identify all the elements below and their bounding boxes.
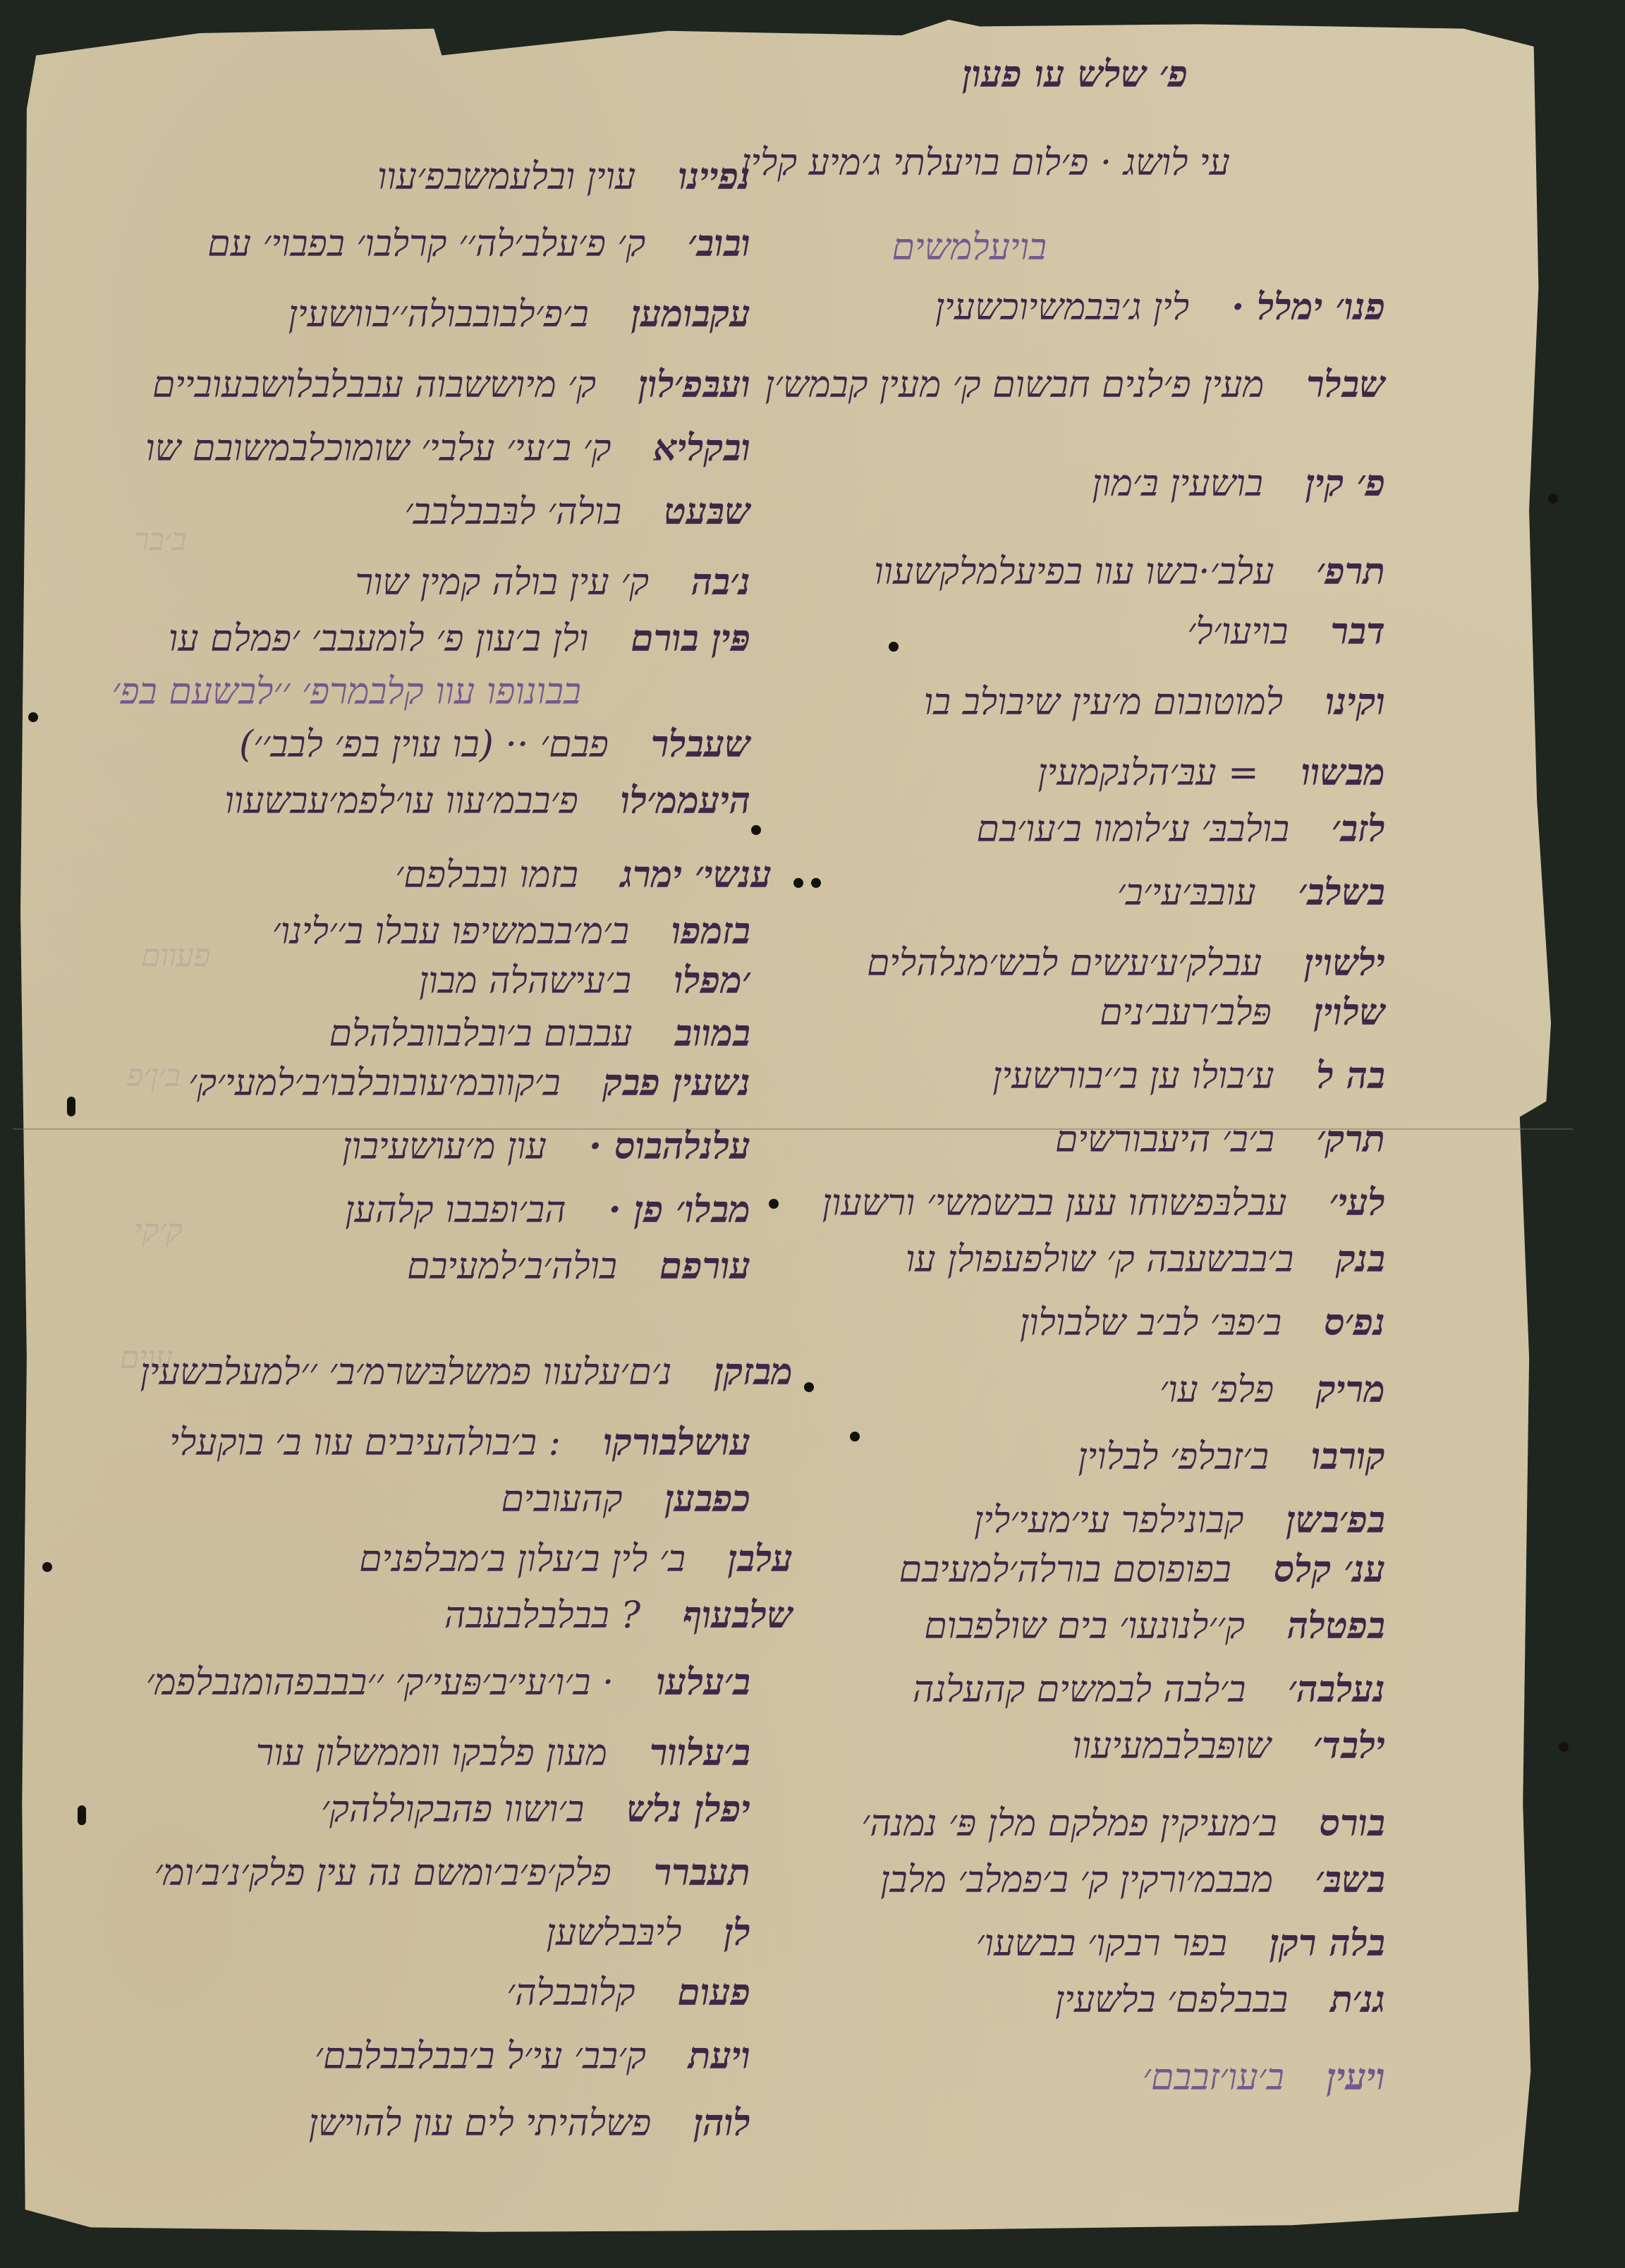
entry-row: דברבויעו׳ל׳ — [1187, 614, 1385, 650]
entry-row: בשבּ׳מבבמ׳ורקין ק׳ ב׳פמלב׳ מלבן — [880, 1862, 1385, 1898]
entry-headword: ב׳עלוור — [650, 1731, 750, 1774]
entry-row: ויעיןב׳עו׳זבבם׳ — [1143, 2059, 1385, 2096]
entry-headword: במווב — [674, 1012, 750, 1055]
entry-gloss: נ׳ם׳עלעוו פמשלבּשרמ׳ב׳ ׳׳למעלבשעין — [140, 1351, 672, 1394]
entry-row: שבלרמעין פ׳לנים חבשום ק׳ מעין קבמש׳ן — [765, 367, 1385, 403]
entry-gloss: למוטובום מ׳עין שיבולב בו — [924, 681, 1283, 724]
entry-gloss: שופּבלבמעיעוו — [1072, 1725, 1271, 1767]
entry-row: תעבררפלק׳פ׳ב׳ומשם נה עין פלק׳נ׳ב׳ומ׳ — [154, 1855, 750, 1891]
entry-row: לעי׳עבלבּפשוחו עען בבשמשי׳ ורשעון — [822, 1185, 1385, 1221]
entry-gloss: ב׳קוובמ׳עובובלבו׳ב׳למעי׳ק׳ — [188, 1062, 560, 1104]
entry-row: פּין בורםולן ב׳עון פ׳ לומעבב׳ ׳פמלם עו — [169, 621, 750, 657]
entry-gloss: הב׳ופבבו קלהען — [345, 1189, 566, 1231]
entry-row: ויעתק׳בב׳ עי׳ל ב׳בבלבבלבם׳ — [315, 2038, 750, 2075]
entry-headword: ׳מפלו — [674, 959, 750, 1002]
ink-dot — [793, 878, 803, 888]
entry-row: ב׳עלוורמעון פלבקו ווממשלון עור — [256, 1735, 750, 1772]
entry-row: היעממ׳לופ׳בבמ׳עוו עו׳לפמ׳עבשעוו — [224, 783, 750, 819]
entry-headword: כפבען — [665, 1477, 750, 1520]
entry-headword: ויעת — [688, 2035, 750, 2078]
entry-row: תרק׳ב׳ב׳ היעבורשים — [1055, 1121, 1385, 1158]
entry-headword: מריק — [1316, 1368, 1385, 1411]
entry-headword: בה ל — [1317, 1054, 1385, 1097]
entry-headword: עלבן — [728, 1537, 793, 1580]
entry-headword: שבלר — [1306, 363, 1385, 406]
entry-headword: בלה רקן — [1270, 1922, 1385, 1965]
entry-headword: עקבומען — [631, 293, 750, 336]
entry-row: מריקפלפ׳ עו׳ — [1160, 1372, 1385, 1408]
entry-headword: בפטלה — [1287, 1604, 1385, 1647]
ink-dot — [769, 1199, 779, 1209]
entry-gloss: ב׳לבה לבמשים קהעלנה — [913, 1669, 1246, 1711]
entry-row: נשעין פבקב׳קוובמ׳עובובלבו׳ב׳למעי׳ק׳ — [188, 1065, 750, 1102]
entry-gloss: = עבּ׳הלנקמעין — [1037, 752, 1258, 794]
entry-row: נפיינועוין ובלעמשבפ׳עוו — [377, 159, 750, 195]
entry-row: נ׳בהק׳ עין בולה קמין שור — [355, 564, 750, 601]
entry-headword: ויעין — [1327, 2056, 1385, 2099]
entry-gloss: ק׳ פ׳עלב׳לה׳׳ קרלבו׳ בפבוי׳ עם — [207, 223, 645, 265]
entry-row: ענ׳ קלסבפופוסם בורלה׳למעיבם — [899, 1551, 1385, 1588]
entry-gloss: ק׳ עין בולה קמין שור — [355, 561, 649, 604]
entry-row: גנ׳תבבבלפם׳ בלשעין — [1055, 1982, 1385, 2018]
entry-headword: נ׳בה — [691, 561, 750, 604]
entry-gloss: בולה׳ לבּבבלבב׳ — [405, 491, 622, 533]
entry-gloss: ק׳ ב׳עי׳ עלבי׳ שומוכלבמשובם שו — [145, 427, 611, 470]
entry-headword: עושלבורקו — [603, 1421, 750, 1464]
entry-headword: ילבד׳ — [1313, 1724, 1385, 1767]
entry-gloss: ? בבלבלבעבה — [444, 1595, 640, 1637]
entry-row: ילשויןעבלק׳ע׳עשים לבש׳מנלהלים — [867, 945, 1385, 982]
entry-row: תרפ׳עלב׳·בשו עוו בפיעלמלקשעוו — [874, 554, 1385, 590]
entry-headword: מבשוו — [1301, 751, 1385, 794]
entry-gloss: בושעין בּ׳מון — [1092, 463, 1262, 505]
entry-headword: פּין בורם — [631, 617, 750, 660]
ink-mark — [78, 1805, 86, 1825]
header-line: עי לושג · פ׳לום בויעלתי ג׳מיע קלין — [741, 145, 1230, 181]
entry-row: לןליבּבלשען — [547, 1915, 750, 1951]
entry-headword: דבר — [1330, 610, 1385, 653]
entry-headword: לעי׳ — [1329, 1181, 1385, 1224]
entry-headword: נפיינו — [678, 155, 750, 198]
entry-gloss: ב׳בבשעבה ק׳ שולפעפולן עו — [906, 1238, 1294, 1281]
entry-gloss: בולה׳ב׳למעיבם — [407, 1245, 617, 1288]
entry-row: נפ׳סב׳פבּ׳ לב׳ב שלבולון — [1020, 1305, 1385, 1341]
entry-row: במוובעבבום ב׳ובלבוובלהלם — [329, 1016, 750, 1052]
entry-headword: קורבו — [1311, 1435, 1385, 1478]
entry-row: בה לע׳בולו ען ב׳׳בורשעין — [992, 1058, 1385, 1095]
entry-headword: שעבלר — [651, 723, 750, 766]
entry-gloss: מעין פ׳לנים חבשום ק׳ מעין קבמש׳ן — [765, 364, 1265, 406]
entry-row: ובוב׳ק׳ פ׳עלב׳לה׳׳ קרלבו׳ בפבוי׳ עם — [207, 226, 750, 262]
entry-gloss: קבונילפר עי׳מעי׳לין — [974, 1499, 1244, 1542]
entry-row: לזב׳בולבבּ׳ ע׳לומוו ב׳עו׳בם — [976, 811, 1385, 848]
entry-gloss: עון מ׳עושעיבון — [342, 1126, 547, 1168]
entry-headword: עורפם — [659, 1245, 750, 1288]
entry-headword: ענ׳ קלס — [1274, 1548, 1385, 1591]
ink-dot — [811, 878, 821, 888]
entry-headword: מבלו׳ פן · — [609, 1188, 750, 1231]
entry-headword: וקינו — [1325, 681, 1385, 724]
ink-dot — [42, 1562, 52, 1572]
entry-gloss: פלפ׳ עו׳ — [1160, 1369, 1274, 1411]
entry-headword: תרפ׳ — [1316, 550, 1385, 593]
entry-gloss: ב׳עישהלה מבון — [419, 960, 631, 1002]
entry-headword: שבּעט — [664, 490, 750, 533]
entry-row: נעלבה׳ב׳לבה לבמשים קהעלנה — [913, 1671, 1385, 1708]
entry-gloss: קלובבלה׳ — [506, 1972, 635, 2014]
entry-gloss: פ׳בבמ׳עוו עו׳לפמ׳עבשעוו — [224, 780, 578, 822]
entry-row: עושלבורקו: ב׳בולהעיבים עוו ב׳ בוקעלי — [169, 1425, 750, 1461]
entry-row: בשלב׳עובבּ׳עי׳ב׳ — [1117, 874, 1385, 911]
ink-dot — [751, 825, 761, 835]
entry-headword: גנ׳ת — [1330, 1978, 1385, 2021]
entry-headword: ובקליא — [653, 427, 750, 470]
entry-gloss: ק׳׳לנונעו׳ בים שולפבום — [924, 1605, 1245, 1647]
entry-gloss: ק׳בב׳ עי׳ל ב׳בבלבבלבם׳ — [315, 2035, 646, 2078]
entry-headword: נעלבה׳ — [1288, 1668, 1385, 1711]
entry-gloss: ב׳זבלפ׳ לבלוין — [1078, 1436, 1269, 1478]
entry-gloss: ולן ב׳עון פ׳ לומעבב׳ ׳פמלם עו — [169, 618, 588, 660]
entry-row: שבּעטבולה׳ לבּבבלבב׳ — [405, 494, 750, 530]
entry-gloss: בפופוסם בורלה׳למעיבם — [899, 1549, 1231, 1591]
entry-gloss: בבבלפם׳ בלשעין — [1055, 1979, 1288, 2021]
entry-headword: תעברר — [654, 1851, 750, 1894]
header-line: בויעלמשים — [892, 229, 1047, 266]
show-through-text: פעוום — [141, 938, 210, 974]
entry-row: ב׳עלעו· ב׳ו׳עי׳ב׳פּעי׳ק׳ ׳׳בבבפהומנבלפמ׳ — [146, 1664, 750, 1701]
entry-headword: פ׳ קין — [1306, 462, 1385, 505]
entry-headword: נפ׳ס — [1324, 1301, 1385, 1344]
entry-gloss: ליבּבלשען — [547, 1912, 682, 1954]
ink-dot — [850, 1432, 860, 1441]
entry-row: עלנלהבוס ·עון מ׳עושעיבון — [342, 1128, 750, 1165]
entry-row: בפ׳בשןקבונילפר עי׳מעי׳לין — [974, 1502, 1385, 1539]
entry-headword: שלוין — [1314, 991, 1385, 1034]
entry-row: קורבוב׳זבלפ׳ לבלוין — [1078, 1439, 1385, 1475]
entry-headword: ב׳עלעו — [656, 1661, 750, 1704]
entry-gloss: פשלהיתי לים עון להוישן — [309, 2102, 652, 2145]
entry-row: יפלן נלשב׳ושוו פהבקוללהק׳ — [321, 1791, 750, 1828]
entry-row: בבונופו עוו קלבמרפ׳ ׳׳לבשעם בפ׳ — [111, 673, 623, 710]
entry-headword: בשבּ׳ — [1315, 1858, 1385, 1901]
ink-dot — [1548, 494, 1558, 504]
entry-headword: בורס — [1320, 1802, 1386, 1845]
entry-gloss: עלב׳·בשו עוו בפיעלמלקשעוו — [874, 551, 1274, 593]
entry-headword: מבזקן — [714, 1351, 793, 1394]
entry-gloss: ב׳מעיקין פמלקם מלן פּ׳ נמנה׳ — [861, 1803, 1277, 1845]
entry-headword: נשעין פבק — [603, 1061, 750, 1104]
ink-mark — [67, 1097, 75, 1116]
entry-headword: ועבּפ׳לון — [638, 363, 750, 406]
entry-gloss: ב׳ב׳ היעבורשים — [1055, 1118, 1274, 1161]
entry-gloss: ק׳ מיוששבוה עבבלבלושבעוביים — [152, 364, 596, 406]
entry-row: בנקב׳בבשעבה ק׳ שולפעפולן עו — [906, 1241, 1385, 1278]
entry-row: פנו׳ ימלל ·לין ג׳בּבמשיוכשעין — [935, 289, 1385, 326]
entry-gloss: מבבמ׳ורקין ק׳ ב׳פמלב׳ מלבן — [880, 1859, 1273, 1901]
entry-headword: יפלן נלש — [626, 1788, 750, 1831]
entry-gloss: פבם׳ ·· (בו עוין בפ׳ לבב׳׳) — [239, 724, 609, 766]
entry-row: ענשי׳ ימרגבזמו ובבלפם׳ — [395, 857, 772, 894]
entry-row: בורסב׳מעיקין פמלקם מלן פּ׳ נמנה׳ — [861, 1805, 1385, 1842]
entry-row: מבזקןנ׳ם׳עלעוו פמשלבּשרמ׳ב׳ ׳׳למעלבשעין — [140, 1354, 793, 1391]
entry-gloss: בזמו ובבלפם׳ — [395, 854, 578, 896]
entry-gloss: עבלק׳ע׳עשים לבש׳מנלהלים — [867, 942, 1262, 984]
entry-row: פעוםקלובבלה׳ — [506, 1975, 750, 2011]
entry-gloss: ב׳פ׳לבובבולה׳׳בוושעין — [288, 293, 589, 336]
show-through-text: ב׳בר — [134, 522, 186, 558]
entry-gloss: : ב׳בולהעיבים עוו ב׳ בוקעלי — [169, 1422, 561, 1464]
entry-headword: בשלב׳ — [1298, 871, 1385, 914]
entry-row: בפטלהק׳׳לנונעו׳ בים שולפבום — [924, 1608, 1385, 1645]
entry-headword: ובוב׳ — [688, 222, 750, 265]
entry-gloss: ב׳ושוו פהבקוללהק׳ — [321, 1788, 584, 1831]
entry-headword: לזב׳ — [1332, 807, 1385, 850]
entry-row: בלה רקןבפר רבקו׳ בבשעו׳ — [976, 1925, 1385, 1962]
entry-gloss: עבבום ב׳ובלבוובלהלם — [329, 1013, 633, 1055]
entry-gloss: עוין ובלעמשבפ׳עוו — [377, 156, 635, 198]
entry-row: ילבד׳שופּבלבמעיעוו — [1072, 1728, 1385, 1764]
entry-headword: ילשוין — [1304, 941, 1385, 984]
entry-headword: עלנלהבוס · — [589, 1125, 750, 1168]
ink-dot — [804, 1382, 814, 1392]
entry-row: ובקליאק׳ ב׳עי׳ עלבי׳ שומוכלבמשובם שו — [145, 430, 750, 467]
show-through-text: ב׳ן׳פ — [127, 1058, 181, 1094]
ink-dot — [889, 642, 899, 652]
entry-row: עקבומעןב׳פ׳לבובבולה׳׳בוושעין — [288, 296, 750, 333]
entry-gloss: בויעו׳ל׳ — [1187, 611, 1288, 653]
show-through-text: ק׳קי — [134, 1213, 183, 1249]
entry-headword: פעום — [678, 1971, 750, 2014]
entry-row: מבלו׳ פן ·הב׳ופבבו קלהען — [345, 1192, 750, 1228]
entry-gloss: קהעובים — [501, 1478, 622, 1520]
entry-row: עלבןב׳ לין ב׳עלון ב׳מבלפנים — [359, 1541, 793, 1578]
ink-dot — [28, 712, 38, 722]
entry-headword: בנק — [1336, 1238, 1385, 1281]
entry-row: שלבעוף? בבלבלבעבה — [444, 1597, 793, 1634]
entry-gloss: בולבבּ׳ ע׳לומוו ב׳עו׳בם — [976, 808, 1289, 850]
ink-dot — [1559, 1742, 1569, 1752]
entry-row: ׳מפלוב׳עישהלה מבון — [419, 963, 750, 999]
entry-headword: שלבעוף — [683, 1594, 793, 1637]
entry-row: כפבעןקהעובים — [501, 1481, 750, 1518]
entry-gloss: ע׳בולו ען ב׳׳בורשעין — [992, 1055, 1274, 1097]
entry-headword: בזמפו — [671, 910, 750, 953]
entry-headword: היעממ׳לו — [621, 779, 750, 822]
entry-gloss: עובבּ׳עי׳ב׳ — [1117, 872, 1256, 914]
entry-headword: לן — [724, 1911, 750, 1954]
entry-row: עורפםבולה׳ב׳למעיבם — [407, 1248, 750, 1285]
entry-gloss: ב׳עו׳זבבם׳ — [1143, 2056, 1284, 2099]
entry-row: פ׳ קיןבושעין בּ׳מון — [1092, 465, 1385, 502]
entry-gloss: מעון פלבקו ווממשלון עור — [256, 1732, 607, 1774]
entry-headword: ענשי׳ ימרג — [621, 853, 772, 896]
entry-row: וקינולמוטובום מ׳עין שיבולב בו — [924, 684, 1385, 721]
entry-row: לוהןפשלהיתי לים עון להוישן — [309, 2105, 750, 2142]
entry-row: בזמפוב׳מ׳בבמשיפו עבלו ב׳׳לינו׳ — [272, 913, 750, 950]
entry-headword: לוהן — [693, 2102, 750, 2145]
entry-gloss: פלק׳פ׳ב׳ומשם נה עין פלק׳נ׳ב׳ומ׳ — [154, 1852, 611, 1894]
entry-gloss: ב׳ לין ב׳עלון ב׳מבלפנים — [359, 1538, 686, 1580]
entry-gloss: פּלב׳רעב׳נים — [1100, 992, 1272, 1034]
entry-gloss: בפר רבקו׳ בבשעו׳ — [976, 1922, 1227, 1965]
entry-gloss: עבלבּפשוחו עען בבשמשי׳ ורשעון — [822, 1182, 1287, 1224]
entry-row: שעבלרפבם׳ ·· (בו עוין בפ׳ לבב׳׳) — [239, 726, 750, 763]
entry-gloss: לין ג׳בּבמשיוכשעין — [935, 286, 1189, 329]
entry-row: שלויןפּלב׳רעב׳נים — [1100, 994, 1385, 1031]
header-line: פ׳ שלש עו פעון — [962, 56, 1188, 93]
entry-headword: תרק׳ — [1317, 1118, 1385, 1161]
entry-headword: בפ׳בשן — [1286, 1499, 1386, 1542]
entry-gloss: ב׳מ׳בבמשיפו עבלו ב׳׳לינו׳ — [272, 910, 629, 953]
entry-gloss: · ב׳ו׳עי׳ב׳פּעי׳ק׳ ׳׳בבבפהומנבלפמ׳ — [146, 1662, 614, 1704]
entry-gloss: בבונופו עוו קלבמרפ׳ ׳׳לבשעם בפ׳ — [111, 671, 581, 713]
entry-headword: פנו׳ ימלל · — [1231, 286, 1385, 329]
entry-row: ועבּפ׳לוןק׳ מיוששבוה עבבלבלושבעוביים — [152, 367, 750, 403]
entry-row: מבשוו= עבּ׳הלנקמעין — [1037, 755, 1385, 791]
entry-gloss: ב׳פבּ׳ לב׳ב שלבולון — [1020, 1302, 1282, 1344]
